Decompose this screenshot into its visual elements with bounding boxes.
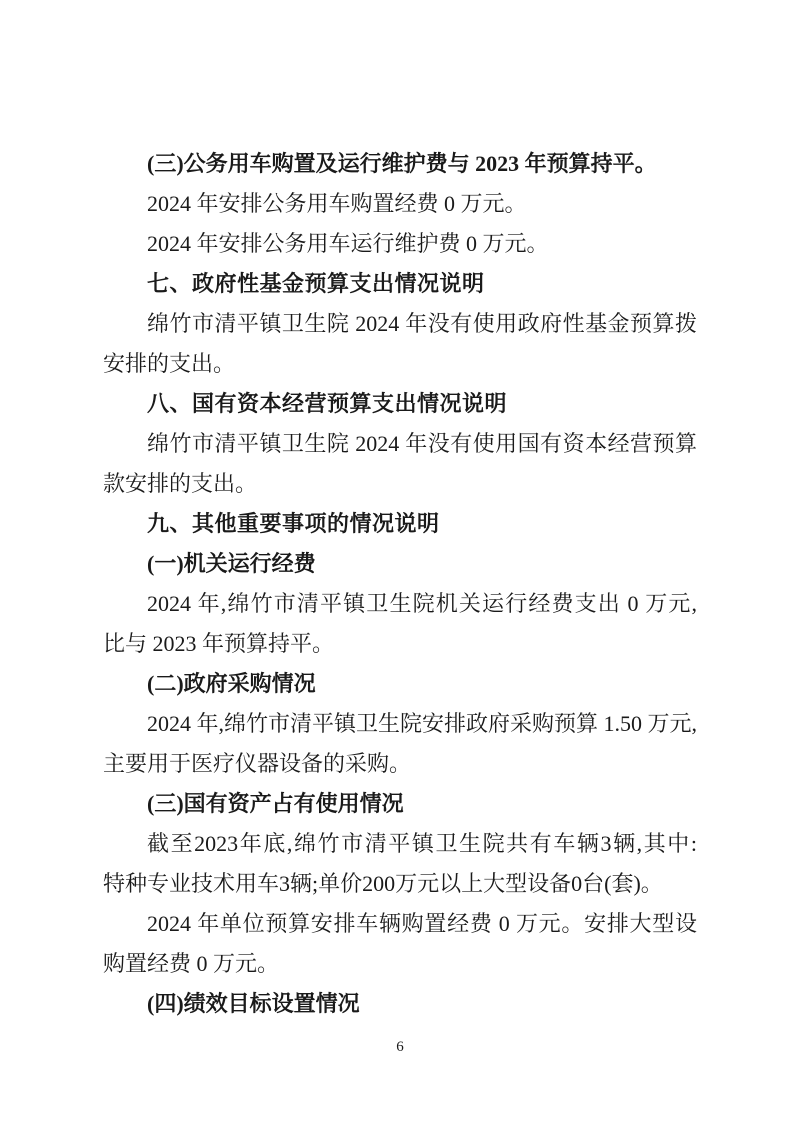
para-operating-expense-line2: 比与 2023 年预算持平。 — [103, 624, 697, 664]
para-procurement-line2: 主要用于医疗仪器设备的采购。 — [103, 744, 697, 784]
subheading-government-procurement: (二)政府采购情况 — [103, 664, 697, 704]
para-state-capital-line2: 款安排的支出。 — [103, 464, 697, 504]
para-govfund-line2: 安排的支出。 — [103, 344, 697, 384]
subheading-operating-expense: (一)机关运行经费 — [103, 544, 697, 584]
para-2024-purchase-budget-line2: 购置经费 0 万元。 — [103, 944, 697, 984]
heading-section-seven-govfund-budget: 七、政府性基金预算支出情况说明 — [103, 264, 697, 304]
para-vehicle-purchase-expense: 2024 年安排公务用车购置经费 0 万元。 — [103, 184, 697, 224]
document-body: (三)公务用车购置及运行维护费与 2023 年预算持平。 2024 年安排公务用… — [103, 144, 697, 1024]
para-assets-line1: 截至2023年底,绵竹市清平镇卫生院共有车辆3辆,其中: — [103, 824, 697, 864]
page-number: 6 — [103, 1036, 697, 1058]
subheading-official-vehicle-budget: (三)公务用车购置及运行维护费与 2023 年预算持平。 — [103, 144, 697, 184]
subheading-state-assets-usage: (三)国有资产占有使用情况 — [103, 784, 697, 824]
document-page: (三)公务用车购置及运行维护费与 2023 年预算持平。 2024 年安排公务用… — [0, 0, 793, 1122]
para-operating-expense-line1: 2024 年,绵竹市清平镇卫生院机关运行经费支出 0 万元, — [103, 584, 697, 624]
para-assets-line2: 特种专业技术用车3辆;单价200万元以上大型设备0台(套)。 — [103, 864, 697, 904]
para-vehicle-maintenance-expense: 2024 年安排公务用车运行维护费 0 万元。 — [103, 224, 697, 264]
para-govfund-line1: 绵竹市清平镇卫生院 2024 年没有使用政府性基金预算拨款 — [103, 304, 697, 344]
heading-section-eight-state-capital-budget: 八、国有资本经营预算支出情况说明 — [103, 384, 697, 424]
para-procurement-line1: 2024 年,绵竹市清平镇卫生院安排政府采购预算 1.50 万元, — [103, 704, 697, 744]
para-state-capital-line1: 绵竹市清平镇卫生院 2024 年没有使用国有资本经营预算拨 — [103, 424, 697, 464]
subheading-performance-goals: (四)绩效目标设置情况 — [103, 984, 697, 1024]
para-2024-purchase-budget-line1: 2024 年单位预算安排车辆购置经费 0 万元。安排大型设备 — [103, 904, 697, 944]
heading-section-nine-other-matters: 九、其他重要事项的情况说明 — [103, 504, 697, 544]
